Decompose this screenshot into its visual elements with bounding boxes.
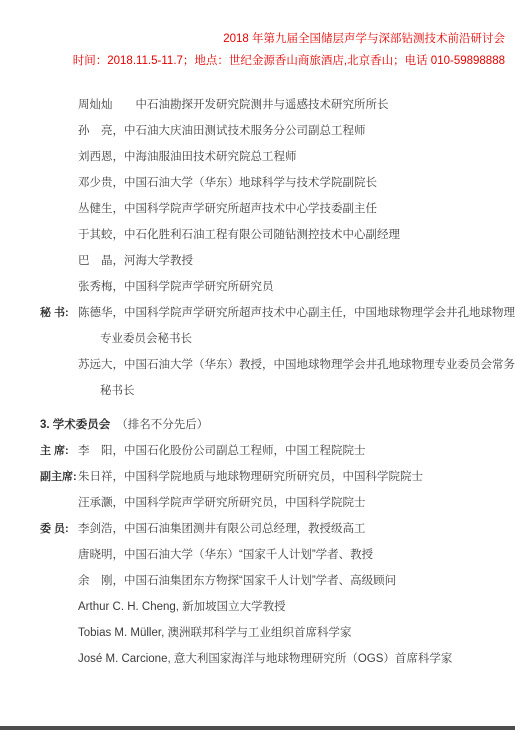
members-row: 李剑浩，中国石油集团测井有限公司总经理，教授级高工 xyxy=(78,516,515,542)
secretary-text: 专业委员会秘书长 xyxy=(100,333,192,345)
member-text: 张秀梅，中国科学院声学研究所研究员 xyxy=(78,281,274,293)
members-row: 余 刚，中国石油集团东方物探“国家千人计划”学者、高级顾问 xyxy=(78,568,515,594)
chair-label: 主 席: xyxy=(40,438,69,464)
vice-chair-block: 副主席: 朱日祥，中国科学院地质与地球物理研究所研究员，中国科学院院士 汪承灏，… xyxy=(0,464,515,516)
secretary-text: 秘书长 xyxy=(100,385,135,397)
secretary-text: 陈德华，中国科学院声学研究所超声技术中心副主任，中国地球物理学会井孔地球物理 xyxy=(78,307,515,319)
conference-title: 2018 年第九届全国储层声学与深部钻测技术前沿研讨会 xyxy=(0,28,505,50)
vice-chair-label: 副主席: xyxy=(40,464,77,490)
member-text: 唐晓明，中国石油大学（华东）“国家千人计划”学者、教授 xyxy=(78,549,373,561)
committee-member-row: 丛健生，中国科学院声学研究所超声技术中心学技委副主任 xyxy=(78,196,515,222)
academic-committee-heading: 3. 学术委员会（排名不分先后） xyxy=(0,412,515,438)
member-text: Tobias M. Müller, 澳洲联邦科学与工业组织首席科学家 xyxy=(78,627,351,639)
members-row: 唐晓明，中国石油大学（华东）“国家千人计划”学者、教授 xyxy=(78,542,515,568)
member-text: 余 刚，中国石油集团东方物探“国家千人计划”学者、高级顾问 xyxy=(78,575,396,587)
secretary-row: 苏远大，中国石油大学（华东）教授，中国地球物理学会井孔地球物理专业委员会常务副 xyxy=(78,352,515,378)
committee-member-row: 于其蛟，中石化胜利石油工程有限公司随钻测控技术中心副经理 xyxy=(78,222,515,248)
chair-row: 李 阳，中国石化股份公司副总工程师，中国工程院院士 xyxy=(78,438,515,464)
member-text: Arthur C. H. Cheng, 新加坡国立大学教授 xyxy=(78,601,286,613)
members-label: 委 员: xyxy=(40,516,69,542)
document-body: 周灿灿 中石油勘探开发研究院测井与遥感技术研究所所长 孙 亮，中石油大庆油田测试… xyxy=(0,92,515,672)
member-text: José M. Carcione, 意大利国家海洋与地球物理研究所（OGS）首席… xyxy=(78,653,452,665)
members-row: Tobias M. Müller, 澳洲联邦科学与工业组织首席科学家 xyxy=(78,620,515,646)
members-block: 委 员: 李剑浩，中国石油集团测井有限公司总经理，教授级高工 唐晓明，中国石油大… xyxy=(0,516,515,672)
vice-chair-row: 朱日祥，中国科学院地质与地球物理研究所研究员，中国科学院院士 xyxy=(78,464,515,490)
member-text: 孙 亮，中石油大庆油田测试技术服务分公司副总工程师 xyxy=(78,125,366,137)
document-page: 2018 年第九届全国储层声学与深部钻测技术前沿研讨会 时间：2018.11.5… xyxy=(0,0,515,730)
members-row: Arthur C. H. Cheng, 新加坡国立大学教授 xyxy=(78,594,515,620)
document-header: 2018 年第九届全国储层声学与深部钻测技术前沿研讨会 时间：2018.11.5… xyxy=(0,0,515,72)
member-text: 李剑浩，中国石油集团测井有限公司总经理，教授级高工 xyxy=(78,523,366,535)
chair-block: 主 席: 李 阳，中国石化股份公司副总工程师，中国工程院院士 xyxy=(0,438,515,464)
secretary-block: 秘 书: 陈德华，中国科学院声学研究所超声技术中心副主任，中国地球物理学会井孔地… xyxy=(0,300,515,404)
member-text: 刘西恩，中海油服油田技术研究院总工程师 xyxy=(78,151,297,163)
vice-chair-text: 朱日祥，中国科学院地质与地球物理研究所研究员，中国科学院院士 xyxy=(78,471,423,483)
member-text: 于其蛟，中石化胜利石油工程有限公司随钻测控技术中心副经理 xyxy=(78,229,400,241)
committee-member-row: 张秀梅，中国科学院声学研究所研究员 xyxy=(78,274,515,300)
conference-info-line: 时间：2018.11.5-11.7；地点：世纪金源香山商旅酒店,北京香山；电话 … xyxy=(0,50,505,72)
secretary-row: 陈德华，中国科学院声学研究所超声技术中心副主任，中国地球物理学会井孔地球物理 xyxy=(78,300,515,326)
member-text: 周灿灿 中石油勘探开发研究院测井与遥感技术研究所所长 xyxy=(78,99,389,111)
committee-member-row: 巴 晶，河海大学教授 xyxy=(78,248,515,274)
member-text: 巴 晶，河海大学教授 xyxy=(78,255,193,267)
secretary-row: 专业委员会秘书长 xyxy=(78,326,515,352)
committee-member-row: 刘西恩，中海油服油田技术研究院总工程师 xyxy=(78,144,515,170)
secretary-text: 苏远大，中国石油大学（华东）教授，中国地球物理学会井孔地球物理专业委员会常务副 xyxy=(78,359,515,371)
committee-member-row: 邓少贵，中国石油大学（华东）地球科学与技术学院副院长 xyxy=(78,170,515,196)
committee-member-row: 孙 亮，中石油大庆油田测试技术服务分公司副总工程师 xyxy=(78,118,515,144)
chair-text: 李 阳，中国石化股份公司副总工程师，中国工程院院士 xyxy=(78,445,366,457)
section-number-title: 3. 学术委员会 xyxy=(40,419,110,431)
section-note: （排名不分先后） xyxy=(116,419,208,431)
vice-chair-text: 汪承灏，中国科学院声学研究所研究员，中国科学院院士 xyxy=(78,497,366,509)
secretary-row: 秘书长 xyxy=(78,378,515,404)
member-text: 邓少贵，中国石油大学（华东）地球科学与技术学院副院长 xyxy=(78,177,377,189)
members-row: José M. Carcione, 意大利国家海洋与地球物理研究所（OGS）首席… xyxy=(78,646,515,672)
bottom-edge-bar xyxy=(0,726,515,730)
vice-chair-row: 汪承灏，中国科学院声学研究所研究员，中国科学院院士 xyxy=(78,490,515,516)
committee-member-row: 周灿灿 中石油勘探开发研究院测井与遥感技术研究所所长 xyxy=(78,92,515,118)
secretary-label: 秘 书: xyxy=(40,300,69,326)
organizing-committee-list: 周灿灿 中石油勘探开发研究院测井与遥感技术研究所所长 孙 亮，中石油大庆油田测试… xyxy=(0,92,515,300)
member-text: 丛健生，中国科学院声学研究所超声技术中心学技委副主任 xyxy=(78,203,377,215)
